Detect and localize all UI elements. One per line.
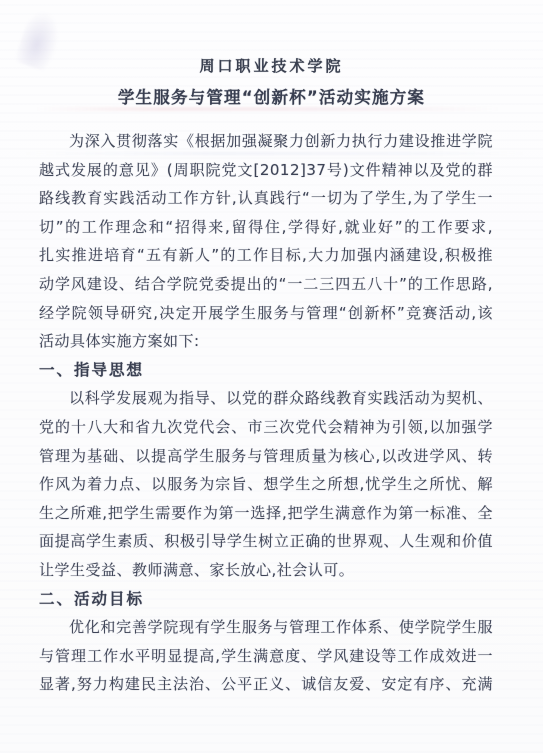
body-line: 越式发展的意见》(周职院党文[2012]37号)文件精神以及党的群众 bbox=[39, 156, 493, 185]
document-title-main: 学生服务与管理“创新杯”活动实施方案 bbox=[0, 84, 543, 108]
body-line: 让学生受益、教师满意、家长放心,社会认可。 bbox=[39, 556, 493, 585]
document-title-institution: 周口职业技术学院 bbox=[0, 55, 543, 76]
body-line: 管理为基础、以提高学生服务与管理质量为核心,以改进学风、转变 bbox=[39, 442, 493, 471]
scanned-document-page: 周口职业技术学院 学生服务与管理“创新杯”活动实施方案 为深入贯彻落实《根据加强… bbox=[0, 0, 543, 753]
body-line: 为深入贯彻落实《根据加强凝聚力创新力执行力建设推进学院跨 bbox=[39, 127, 493, 156]
body-line: 作风为着力点、以服务为宗旨、想学生之所想,忧学生之所忧、解学 bbox=[39, 470, 493, 499]
body-line: 扎实推进培育“五有新人”的工作目标,大力加强内涵建设,积极推 bbox=[39, 241, 493, 270]
section-heading-2: 二、活动目标 bbox=[39, 585, 493, 614]
body-line: 与管理工作水平明显提高,学生满意度、学风建设等工作成效进一步 bbox=[39, 642, 493, 671]
body-line: 以科学发展观为指导、以党的群众路线教育实践活动为契机、以 bbox=[39, 384, 493, 413]
body-line: 面提高学生素质、积极引导学生树立正确的世界观、人生观和价值观, bbox=[39, 527, 493, 556]
document-body: 为深入贯彻落实《根据加强凝聚力创新力执行力建设推进学院跨 越式发展的意见》(周职… bbox=[39, 127, 493, 699]
body-line: 优化和完善学院现有学生服务与管理工作体系、使学院学生服务 bbox=[39, 613, 493, 642]
section-heading-1: 一、指导思想 bbox=[39, 356, 493, 385]
body-line: 生之所难,把学生需要作为第一选择,把学生满意作为第一标准、全 bbox=[39, 499, 493, 528]
body-line: 活动具体实施方案如下: bbox=[39, 327, 493, 356]
body-line: 党的十八大和省九次党代会、市三次党代会精神为引领,以加强学生 bbox=[39, 413, 493, 442]
body-line: 路线教育实践活动工作方针,认真践行“一切为了学生,为了学生一 bbox=[39, 184, 493, 213]
body-line: 动学风建设、结合学院党委提出的“一二三四五八十”的工作思路, bbox=[39, 270, 493, 299]
body-line: 经学院领导研究,决定开展学生服务与管理“创新杯”竞赛活动,该 bbox=[39, 299, 493, 328]
body-line: 切”的工作理念和“招得来,留得住,学得好,就业好”的工作要求, bbox=[39, 213, 493, 242]
body-line: 显著,努力构建民主法治、公平正义、诚信友爱、安定有序、充满活 bbox=[39, 670, 493, 699]
